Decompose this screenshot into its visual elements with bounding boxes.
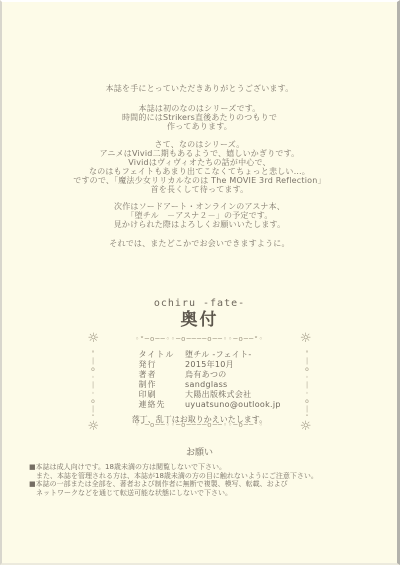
ornament-chain-top: ◦°─o──◦◦─o────o──◦◦─o──°◦ — [107, 336, 293, 343]
colophon-label: 制作 — [139, 380, 183, 390]
afterword-line: 時間的にはStrikers直後あたりのつもりで — [2, 113, 397, 122]
colophon-label: 著者 — [139, 370, 183, 380]
afterword-line: アニメはVivid二期もあるようで、嬉しいかぎりです。 — [2, 149, 397, 158]
afterword-line: ですので、「魔法少女リリカルなのは The MOVIE 3rd Reflecti… — [2, 176, 397, 185]
ornament-chain-left: °│o◦│◦o│° — [89, 350, 97, 416]
afterword-line: 見かけられた際はよろしくお願いいたします。 — [2, 220, 397, 229]
request-line: ネットワークなどを通じて転送可能な状態にしないで下さい。 — [29, 489, 397, 498]
colophon-value: 2015年10月 — [185, 360, 234, 369]
colophon-row: 著者 烏有あつの — [139, 370, 308, 380]
afterword-line: なのはもフェイトもあまり出てこなくてちょっと悲しい…。 — [2, 167, 397, 176]
afterword-line: 首を長くして待ってます。 — [2, 185, 397, 194]
colophon-value: 烏有あつの — [185, 370, 227, 379]
request-line: ■本誌の一部または全部を、著者および制作者に無断で複製、模写、転載、および — [29, 480, 397, 489]
afterword-section: 本誌を手にとっていただきありがとうございます。 本誌は初のなのはシリーズです。 … — [2, 2, 397, 248]
sun-ornament-icon: ☼ — [88, 420, 100, 433]
colophon-section: ochiru -fate- 奥付 ☼ ☼ ☼ ☼ ◦°─o──◦◦─o────o… — [2, 298, 397, 427]
colophon-value: 堕チル -フェイト- — [185, 350, 252, 359]
colophon-value: 大陽出版株式会社 — [185, 390, 251, 399]
request-section: お願い ■本誌は成人向けです。18歳未満の方は閲覧しないで下さい。 また、本誌を… — [2, 448, 397, 497]
request-lines: ■本誌は成人向けです。18歳未満の方は閲覧しないで下さい。 また、本誌を管理され… — [29, 463, 397, 497]
colophon-value: sandglass — [185, 380, 227, 389]
afterword-line: 「堕チル －アスナ２－」の予定です。 — [2, 211, 397, 220]
afterword-line: Vividはヴィヴィオたちの話が中心で、 — [2, 158, 397, 167]
request-line: また、本誌を管理される方は、本誌が18歳未満の方の目に触れないようにご注意下さい… — [29, 472, 397, 481]
colophon-row: 制作 sandglass — [139, 380, 308, 390]
ornament-chain-bottom: ◦°─o──◦◦─o────o──◦◦─o──°◦ — [107, 422, 293, 429]
colophon-label: 発行 — [139, 360, 183, 370]
colophon-row: 連絡先 uyuatsuno@outlook.jp — [139, 400, 308, 410]
colophon-label: 印刷 — [139, 390, 183, 400]
afterword-line: さて、なのはシリーズ。 — [2, 140, 397, 149]
afterword-paragraph: それでは、またどこかでお会いできますように。 — [2, 239, 397, 248]
colophon-row: タイトル 堕チル -フェイト- — [139, 350, 308, 360]
sun-ornament-icon: ☼ — [300, 332, 312, 345]
afterword-paragraph: 本誌を手にとっていただきありがとうございます。 — [2, 84, 397, 93]
colophon-label: タイトル — [139, 350, 183, 360]
afterword-line: それでは、またどこかでお会いできますように。 — [2, 239, 397, 248]
sun-ornament-icon: ☼ — [88, 332, 100, 345]
request-heading: お願い — [2, 448, 397, 458]
colophon-row: 発行 2015年10月 — [139, 360, 308, 370]
colophon-page: 本誌を手にとっていただきありがとうございます。 本誌は初のなのはシリーズです。 … — [0, 0, 400, 565]
afterword-line: 本誌を手にとっていただきありがとうございます。 — [2, 84, 397, 93]
colophon-value: uyuatsuno@outlook.jp — [185, 400, 281, 409]
ornament-chain-right: °│o◦│◦o│° — [303, 350, 311, 416]
afterword-line: 次作はソードアート・オンラインのアスナ本、 — [2, 202, 397, 211]
colophon-label: 連絡先 — [139, 400, 183, 410]
colophon-heading: 奥付 — [2, 310, 397, 330]
colophon-romaji-title: ochiru -fate- — [2, 298, 397, 309]
colophon-table: タイトル 堕チル -フェイト- 発行 2015年10月 著者 烏有あつの 制作 … — [92, 339, 308, 410]
request-line: ■本誌は成人向けです。18歳未満の方は閲覧しないで下さい。 — [29, 463, 397, 472]
afterword-line: 作ってあります。 — [2, 122, 397, 131]
colophon-row: 印刷 大陽出版株式会社 — [139, 390, 308, 400]
afterword-paragraph: さて、なのはシリーズ。 アニメはVivid二期もあるようで、嬉しいかぎりです。 … — [2, 140, 397, 194]
afterword-line: 本誌は初のなのはシリーズです。 — [2, 104, 397, 113]
sun-ornament-icon: ☼ — [300, 420, 312, 433]
afterword-paragraph: 次作はソードアート・オンラインのアスナ本、 「堕チル －アスナ２－」の予定です。… — [2, 202, 397, 229]
ornament-frame: ☼ ☼ ☼ ☼ ◦°─o──◦◦─o────o──◦◦─o──°◦ ◦°─o──… — [92, 339, 308, 427]
afterword-paragraph: 本誌は初のなのはシリーズです。 時間的にはStrikers直後あたりのつもりで … — [2, 104, 397, 131]
